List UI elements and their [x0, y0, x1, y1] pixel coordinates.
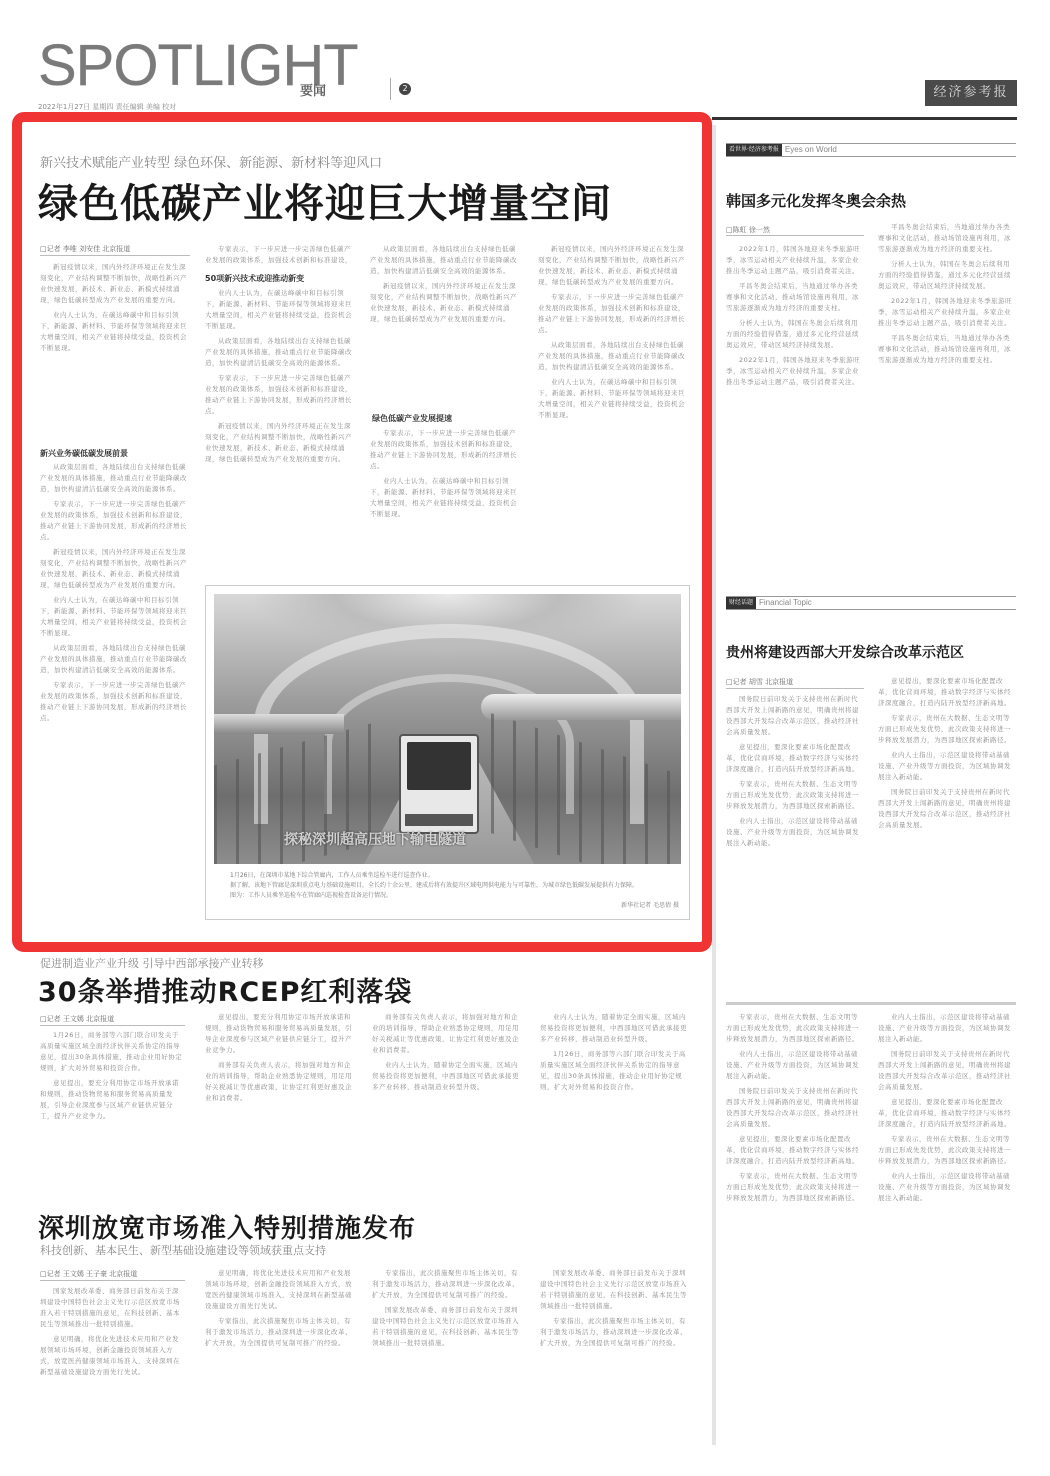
financial-topic-tag-label: 财经话题 [726, 597, 756, 609]
eyes-on-world-tag-label: 看世界·经济参考报 [726, 144, 782, 156]
lead-column-4: 新冠疫情以来，国内外经济环境正在发生深刻变化，产业结构调整不断加快，战略性新兴产… [538, 244, 688, 574]
vehicle-bumper [405, 814, 473, 826]
korea-byline-rule [726, 235, 864, 236]
photo-credit: 新华社记者 毛思倩 摄 [621, 900, 679, 909]
guizhou-column-2: 意见提出，要深化要素市场化配置改革，优化营商环境，推动数字经济与实体经济深度融合… [878, 676, 1016, 986]
financial-topic-tag: 财经话题Financial Topic [726, 596, 1016, 610]
date-line: 2022年1月27日 星期四 责任编辑 美编 校对 [38, 102, 176, 112]
lead-column-3b: 专家表示，下一步应进一步完善绿色低碳产业发展的政策体系，加强技术创新和标准建设，… [370, 428, 520, 573]
header-rule [712, 117, 1017, 120]
rcep-column-2: 意见提出，要充分利用协定市场开放承诺和规则，推动货物贸易和服务贸易高质量发展，引… [205, 1012, 355, 1195]
shenzhen-column-2: 意见明确，将优化先进技术应用和产业发展领域市场环境，创新金融投资领域准入方式，放… [205, 1268, 355, 1441]
rcep-column-1: 1月26日，商务部等六部门联合印发关于高质量实施区域全面经济伙伴关系协定的指导意… [40, 1030, 185, 1195]
lead-subhead-1: 50项新兴技术或迎推动新变 [205, 273, 304, 284]
korea-byline: □陈虹 徐一然 [726, 225, 770, 235]
newspaper-logo: 经济参考报 [925, 80, 1017, 106]
rcep-byline: □记者 王文嫣 北京报道 [40, 1014, 114, 1024]
guizhou-column-1: 国务院日前印发关于支持贵州在新时代西部大开发上闯新路的意见，明确贵州将建设西部大… [726, 694, 864, 994]
lead-kicker: 新兴技术赋能产业转型 绿色环保、新能源、新材料等迎风口 [40, 152, 382, 171]
lead-subhead-3: 绿色低碳产业发展提速 [372, 413, 452, 424]
photo-overlay-title: 探秘深圳超高压地下输电隧道 [284, 829, 466, 849]
sidebar-rule [726, 1002, 1016, 1005]
lead-column-1b: 从政策层面看，各地陆续出台支持绿色低碳产业发展的具体措施，推动重点行业节能降碳改… [40, 462, 190, 917]
column-divider [712, 125, 716, 1445]
shenzhen-column-1: 国家发展改革委、商务部日前发布关于深圳建设中国特色社会主义先行示范区放宽市场准入… [40, 1286, 185, 1441]
korea-column-1: 2022年1月，韩国各地迎来冬季旅游旺季，冰雪运动相关产业持续升温，多家企业推出… [726, 244, 864, 584]
shenzhen-byline: □记者 王文嫣 王子豪 北京报道 [40, 1269, 137, 1279]
guizhou-column-3: 专家表示，贵州在大数据、生态文明等方面已形成先发优势，此次政策支持将进一步释放发… [726, 1012, 864, 1442]
byline-rule [40, 255, 190, 256]
guizhou-byline-rule [726, 688, 864, 689]
pipe-left [214, 714, 344, 734]
vehicle-window [407, 742, 471, 790]
lead-column-3: 从政策层面看，各地陆续出台支持绿色低碳产业发展的具体措施，推动重点行业节能降碳改… [370, 244, 520, 404]
shenzhen-kicker: 科技创新、基本民生、新型基础设施建设等领域获重点支持 [40, 1242, 326, 1258]
shenzhen-column-4: 国家发展改革委、商务部日前发布关于深圳建设中国特色社会主义先行示范区放宽市场准入… [540, 1268, 690, 1441]
lead-byline: □记者 李唯 刘安佳 北京报道 [40, 244, 130, 254]
page-number-badge: 2 [399, 83, 411, 95]
guizhou-headline[interactable]: 贵州将建设西部大开发综合改革示范区 [726, 642, 964, 662]
photo-frame: 探秘深圳超高压地下输电隧道 1月26日，在深圳市某地下综合管廊内，工作人员乘坐巡… [205, 585, 690, 920]
rcep-byline-rule [40, 1025, 185, 1026]
lead-headline[interactable]: 绿色低碳产业将迎巨大增量空间 [38, 172, 612, 229]
pipe-right [481, 694, 681, 720]
rcep-headline[interactable]: 30条举措推动RCEP红利落袋 [38, 970, 412, 1009]
photo-caption: 1月26日，在深圳市某地下综合管廊内，工作人员乘坐巡检车进行巡查作业。 据了解，… [218, 871, 680, 901]
lead-column-2-top: 专家表示，下一步应进一步完善绿色低碳产业发展的政策体系，加强技术创新和标准建设，… [205, 244, 355, 264]
guizhou-column-4: 业内人士指出，示范区建设将带动基础设施、产业升级等方面投资，为区域协调发展注入新… [878, 1012, 1016, 1442]
lead-subhead-2: 新兴业务碳低碳发展前景 [40, 448, 128, 459]
shenzhen-headline[interactable]: 深圳放宽市场准入特别措施发布 [38, 1208, 416, 1245]
korea-column-2: 平昌冬奥会结束后，当地通过举办各类赛事和文化活动，推动场馆设施再利用，冰雪旅游逐… [878, 222, 1016, 582]
financial-topic-tag-en: Financial Topic [756, 597, 812, 609]
section-title-cn: 要闻 [300, 80, 326, 99]
eyes-on-world-tag-en: Eyes on World [782, 144, 837, 156]
rcep-column-3: 商务部有关负责人表示，将加强对地方和企业的培训指导，帮助企业熟悉协定规则，用足用… [372, 1012, 522, 1182]
rcep-column-4: 业内人士认为，随着协定全面实施，区域内贸易投资将更加便利，中西部地区可借此承接更… [540, 1012, 690, 1182]
masthead-divider [390, 78, 391, 100]
lead-column-2: 业内人士认为，在碳达峰碳中和目标引领下，新能源、新材料、节能环保等领域将迎来巨大… [205, 288, 355, 573]
masthead: SPOTLIGHT 要闻 2 2022年1月27日 星期四 责任编辑 美编 校对 [38, 36, 358, 106]
tunnel-photo[interactable]: 探秘深圳超高压地下输电隧道 [214, 594, 681, 864]
eyes-on-world-tag: 看世界·经济参考报Eyes on World [726, 143, 1016, 157]
rcep-kicker: 促进制造业产业升级 引导中西部承接产业转移 [40, 955, 264, 971]
lead-column-1: 新冠疫情以来，国内外经济环境正在发生深刻变化，产业结构调整不断加快，战略性新兴产… [40, 262, 190, 442]
guizhou-byline: □记者 胡雪 北京报道 [726, 677, 793, 687]
shenzhen-column-3: 专家指出，此次措施聚焦市场主体关切，有利于激发市场活力，推动深圳进一步深化改革、… [372, 1268, 522, 1441]
shenzhen-byline-rule [40, 1280, 185, 1281]
korea-headline[interactable]: 韩国多元化发挥冬奥会余热 [726, 190, 906, 211]
inspection-vehicle [399, 734, 479, 834]
